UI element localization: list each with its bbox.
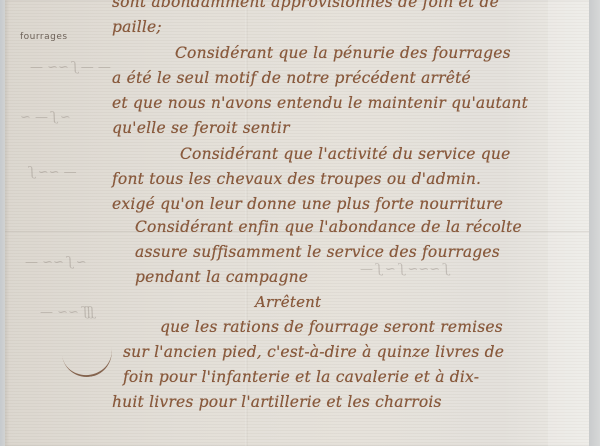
manuscript-line-15: sur l'ancien pied, c'est-à-dire à quinze… [123, 343, 504, 361]
bleed-through-text: ~ ʃ — ~ [20, 110, 71, 125]
manuscript-line-11: assure suffisamment le service des fourr… [135, 243, 500, 261]
paper-right-edge [589, 0, 600, 446]
manuscript-line-14: que les rations de fourrage seront remis… [160, 318, 503, 336]
bleed-through-text: ʃʃʃ ~~ — [40, 305, 94, 320]
manuscript-line-10: Considérant enfin que l'abondance de la … [135, 218, 522, 236]
manuscript-line-13-arretent: Arrêtent [255, 293, 321, 311]
manuscript-line-2: paille; [112, 18, 162, 36]
manuscript-line-3: Considérant que la pénurie des fourrages [175, 44, 511, 62]
manuscript-line-1: sont abondamment approvisionnés de foin … [112, 0, 499, 11]
bleed-through-text: — — ʃ ~~ — [30, 60, 111, 75]
margin-annotation: fourrages [20, 32, 68, 42]
manuscript-line-7: Considérant que l'activité du service qu… [180, 145, 510, 163]
manuscript-line-16: foin pour l'infanterie et la cavalerie e… [123, 368, 479, 386]
manuscript-line-6: qu'elle se feroit sentir [112, 119, 290, 137]
manuscript-line-17: huit livres pour l'artillerie et les cha… [112, 393, 442, 411]
paper-light-strip [548, 0, 590, 446]
manuscript-line-4: a été le seul motif de notre précédent a… [112, 69, 471, 87]
manuscript-line-12: pendant la campagne [135, 268, 308, 286]
manuscript-line-9: exigé qu'on leur donne une plus forte no… [112, 195, 503, 213]
bleed-through-text: ~ ʃ ~~ — [25, 255, 87, 270]
bleed-through-text: ʃ ~~~ ʃ ~ ʃ — [360, 262, 448, 277]
manuscript-line-5: et que nous n'avons entendu le maintenir… [112, 94, 528, 112]
bleed-through-text: — ~~ ʃ [30, 165, 77, 180]
manuscript-line-8: font tous les chevaux des troupes ou d'a… [112, 170, 481, 188]
